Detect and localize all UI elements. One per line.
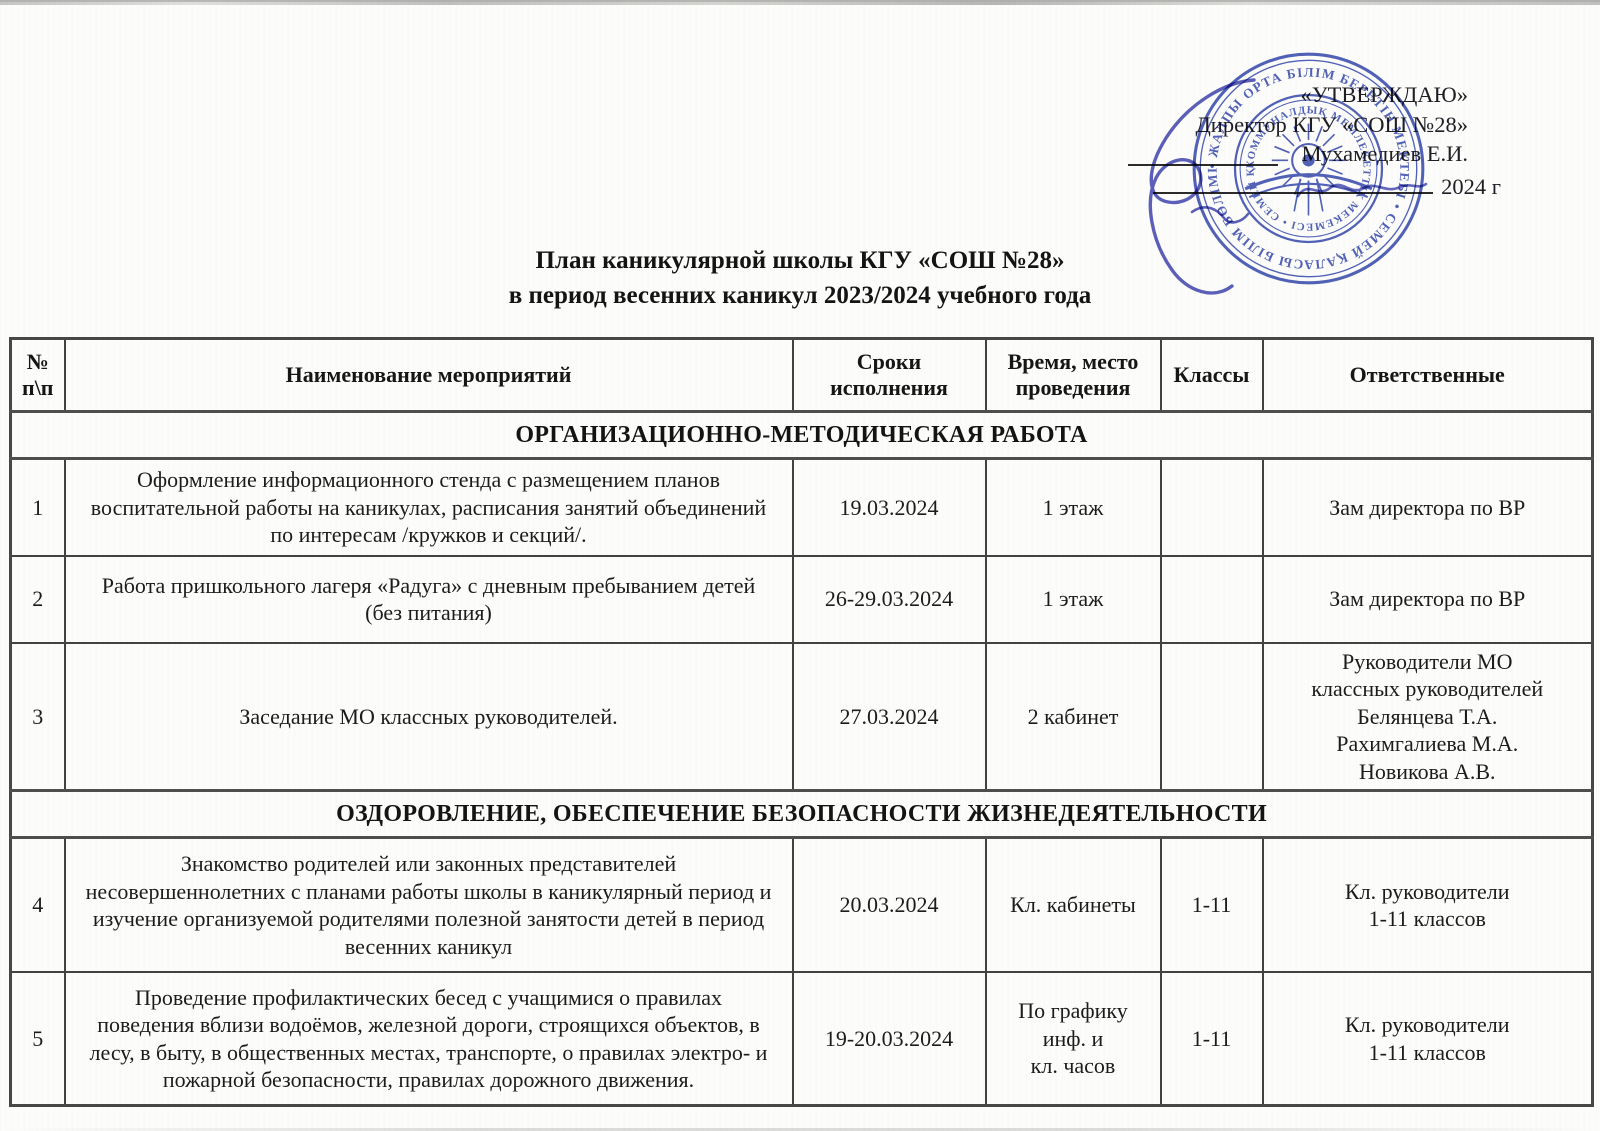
cell-activity: Заседание МО классных руководителей. [65,643,793,791]
cell-num: 2 [11,556,65,643]
cell-place: Кл. кабинеты [986,838,1161,973]
cell-dates: 19.03.2024 [793,459,986,556]
cell-place: 1 этаж [986,459,1161,556]
section-title: ОРГАНИЗАЦИОННО-МЕТОДИЧЕСКАЯ РАБОТА [11,412,1593,459]
cell-activity: Работа пришкольного лагеря «Радуга» с дн… [65,556,793,643]
cell-classes: 1-11 [1161,972,1263,1106]
cell-responsible: Кл. руководители 1-11 классов [1263,972,1593,1106]
scan-edge-artifact [0,0,1600,5]
table-row: 4 Знакомство родителей или законных пред… [11,838,1593,973]
cell-dates: 19-20.03.2024 [793,972,986,1106]
cell-dates: 26-29.03.2024 [793,556,986,643]
cell-place: 1 этаж [986,556,1161,643]
cell-activity: Знакомство родителей или законных предст… [65,838,793,973]
section-title: ОЗДОРОВЛЕНИЕ, ОБЕСПЕЧЕНИЕ БЕЗОПАСНОСТИ Ж… [11,791,1593,838]
cell-place: По графику инф. и кл. часов [986,972,1161,1106]
header-place: Время, место проведения [986,339,1161,412]
table-row: 2 Работа пришкольного лагеря «Радуга» с … [11,556,1593,643]
cell-responsible: Зам директора по ВР [1263,556,1593,643]
cell-classes: 1-11 [1161,838,1263,973]
cell-classes [1161,643,1263,791]
cell-num: 3 [11,643,65,791]
cell-dates: 20.03.2024 [793,838,986,973]
year-label: 2024 г [1441,174,1501,200]
signature-scribble [1292,172,1432,206]
cell-num: 1 [11,459,65,556]
scanned-document-page: «УТВЕРЖДАЮ» Директор КГУ «СОШ №28» Мухам… [0,0,1600,1131]
table-row: 3 Заседание МО классных руководителей. 2… [11,643,1593,791]
header-classes: Классы [1161,339,1263,412]
cell-responsible: Руководители МО классных руководителей Б… [1263,643,1593,791]
cell-place: 2 кабинет [986,643,1161,791]
header-responsible: Ответственные [1263,339,1593,412]
table-row: 5 Проведение профилактических бесед с уч… [11,972,1593,1106]
cell-num: 5 [11,972,65,1106]
table-header-row: № п\п Наименование мероприятий Сроки исп… [11,339,1593,412]
cell-dates: 27.03.2024 [793,643,986,791]
cell-activity: Проведение профилактических бесед с учащ… [65,972,793,1106]
cell-activity: Оформление информационного стенда с разм… [65,459,793,556]
cell-classes [1161,556,1263,643]
cell-responsible: Зам директора по ВР [1263,459,1593,556]
plan-table: № п\п Наименование мероприятий Сроки исп… [9,337,1594,1107]
header-num: № п\п [11,339,65,412]
cell-num: 4 [11,838,65,973]
table-row: 1 Оформление информационного стенда с ра… [11,459,1593,556]
section-row: ОЗДОРОВЛЕНИЕ, ОБЕСПЕЧЕНИЕ БЕЗОПАСНОСТИ Ж… [11,791,1593,838]
header-activity: Наименование мероприятий [65,339,793,412]
header-dates: Сроки исполнения [793,339,986,412]
cell-classes [1161,459,1263,556]
section-row: ОРГАНИЗАЦИОННО-МЕТОДИЧЕСКАЯ РАБОТА [11,412,1593,459]
cell-responsible: Кл. руководители 1-11 классов [1263,838,1593,973]
